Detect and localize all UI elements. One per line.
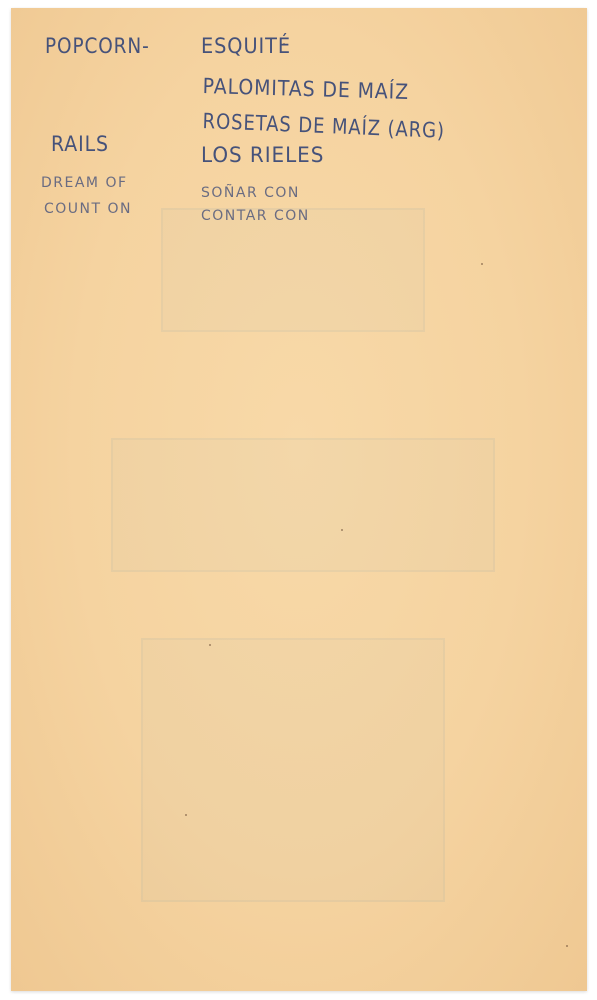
bleed-through-top: [161, 208, 425, 332]
term-dream-of: DREAM OF: [41, 175, 128, 191]
bleed-through-middle: [111, 438, 495, 572]
translation-sonar-con: SOÑAR CON: [201, 185, 300, 201]
paper-speck: [481, 263, 483, 265]
paper-speck: [209, 644, 211, 646]
translation-esquite: ESQUITÉ: [201, 34, 291, 58]
paper-speck: [185, 814, 187, 816]
translation-contar-con: CONTAR CON: [201, 208, 310, 224]
term-popcorn: POPCORN-: [45, 34, 150, 58]
translation-rosetas: ROSETAS DE MAÍZ (ARG): [202, 109, 445, 143]
paper-speck: [341, 529, 343, 531]
term-count-on: COUNT ON: [44, 201, 132, 217]
translation-rieles: LOS RIELES: [201, 143, 324, 167]
term-rails: RAILS: [51, 132, 109, 156]
bleed-through-bottom: [141, 638, 445, 902]
note-card: POPCORN- ESQUITÉ PALOMITAS DE MAÍZ ROSET…: [11, 8, 587, 991]
paper-speck: [566, 945, 568, 947]
translation-palomitas: PALOMITAS DE MAÍZ: [202, 74, 409, 104]
